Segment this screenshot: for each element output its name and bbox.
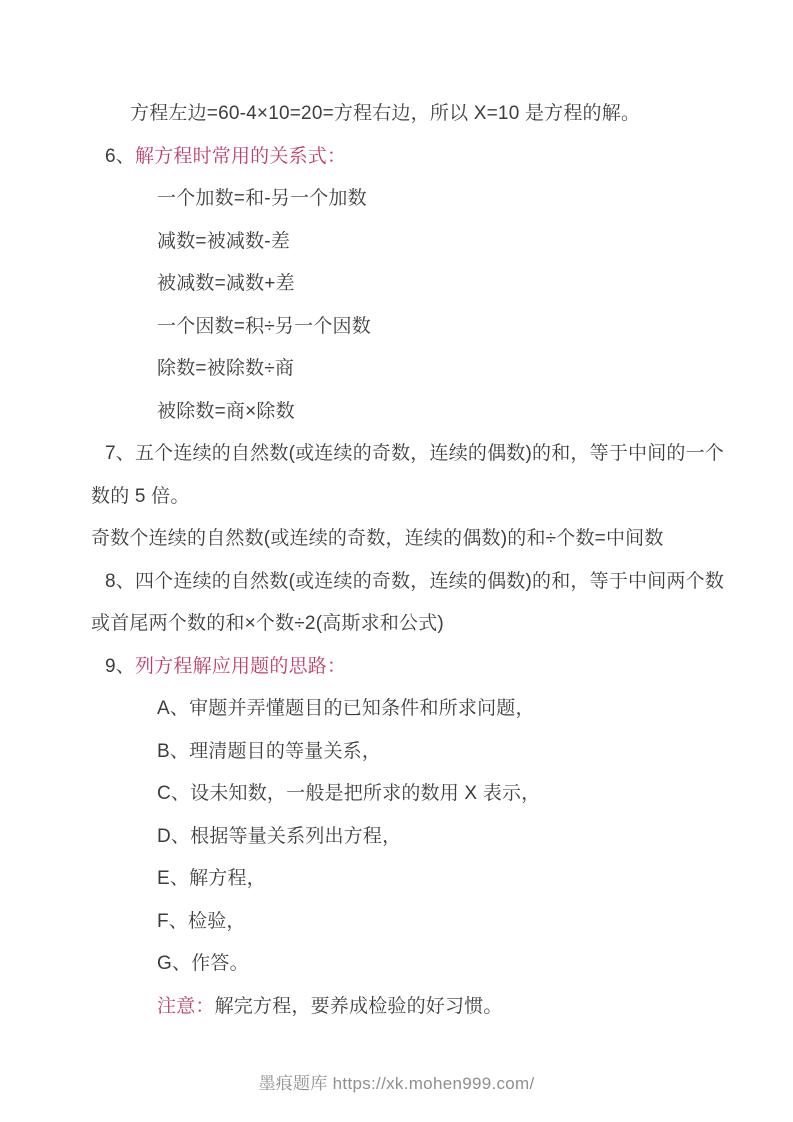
formula-dividend-text: 被除数=商×除数	[157, 401, 295, 422]
step-f: F、检验，	[91, 901, 773, 944]
formula-subtrahend-text: 减数=被减数-差	[157, 231, 290, 252]
note-line: 注意：解完方程，要养成检验的好习惯。	[91, 986, 773, 1029]
formula-factor: 一个因数=积÷另一个因数	[91, 306, 773, 349]
formula-minuend-text: 被减数=减数+差	[157, 273, 295, 294]
formula-minuend: 被减数=减数+差	[91, 263, 773, 306]
note-text: 解完方程，要养成检验的好习惯。	[215, 996, 503, 1017]
equation-check-line: 方程左边=60-4×10=20=方程右边，所以 X=10 是方程的解。	[91, 93, 773, 136]
formula-dividend: 被除数=商×除数	[91, 391, 773, 434]
formula-addend-text: 一个加数=和-另一个加数	[157, 188, 367, 209]
item-7-formula: 奇数个连续的自然数(或连续的奇数，连续的偶数)的和÷个数=中间数	[91, 518, 773, 561]
formula-divisor-text: 除数=被除数÷商	[157, 358, 294, 379]
formula-factor-text: 一个因数=积÷另一个因数	[157, 316, 371, 337]
item-7-formula-text: 奇数个连续的自然数(或连续的奇数，连续的偶数)的和÷个数=中间数	[91, 528, 664, 549]
step-d-text: D、根据等量关系列出方程，	[157, 826, 401, 847]
item-9-heading: 9、列方程解应用题的思路：	[91, 646, 773, 689]
formula-subtrahend: 减数=被减数-差	[91, 221, 773, 264]
step-c-text: C、设未知数，一般是把所求的数用 X 表示，	[157, 783, 540, 804]
page-footer: 墨痕题库 https://xk.mohen999.com/	[0, 1069, 793, 1094]
formula-divisor: 除数=被除数÷商	[91, 348, 773, 391]
step-a-text: A、审题并弄懂题目的已知条件和所求问题，	[157, 698, 535, 719]
step-a: A、审题并弄懂题目的已知条件和所求问题，	[91, 688, 773, 731]
step-e: E、解方程，	[91, 858, 773, 901]
item-9-title: 列方程解应用题的思路：	[135, 656, 346, 677]
item-7-line-1: 7、五个连续的自然数(或连续的奇数，连续的偶数)的和，等于中间的一个	[91, 433, 773, 476]
note-label: 注意：	[157, 996, 215, 1017]
item-8-line-1: 8、四个连续的自然数(或连续的奇数，连续的偶数)的和，等于中间两个数	[91, 561, 773, 604]
formula-addend: 一个加数=和-另一个加数	[91, 178, 773, 221]
step-e-text: E、解方程，	[157, 868, 266, 889]
item-6-title: 解方程时常用的关系式：	[135, 146, 346, 167]
step-b: B、理清题目的等量关系，	[91, 731, 773, 774]
document-body: 方程左边=60-4×10=20=方程右边，所以 X=10 是方程的解。 6、解方…	[91, 93, 773, 1028]
step-b-text: B、理清题目的等量关系，	[157, 741, 381, 762]
step-c: C、设未知数，一般是把所求的数用 X 表示，	[91, 773, 773, 816]
item-8-text-1: 8、四个连续的自然数(或连续的奇数，连续的偶数)的和，等于中间两个数	[105, 571, 724, 592]
item-9-number: 9、	[105, 656, 135, 677]
item-6-heading: 6、解方程时常用的关系式：	[91, 136, 773, 179]
step-f-text: F、检验，	[157, 911, 246, 932]
step-g-text: G、作答。	[157, 953, 249, 974]
item-7-text-2: 数的 5 倍。	[91, 486, 190, 507]
item-8-text-2: 或首尾两个数的和×个数÷2(高斯求和公式)	[91, 613, 444, 634]
equation-check-text: 方程左边=60-4×10=20=方程右边，所以 X=10 是方程的解。	[130, 103, 640, 124]
item-7-text-1: 7、五个连续的自然数(或连续的奇数，连续的偶数)的和，等于中间的一个	[105, 443, 724, 464]
step-g: G、作答。	[91, 943, 773, 986]
item-6-number: 6、	[105, 146, 135, 167]
step-d: D、根据等量关系列出方程，	[91, 816, 773, 859]
item-8-line-2: 或首尾两个数的和×个数÷2(高斯求和公式)	[91, 603, 773, 646]
item-7-line-2: 数的 5 倍。	[91, 476, 773, 519]
footer-watermark: 墨痕题库 https://xk.mohen999.com/	[258, 1074, 534, 1093]
